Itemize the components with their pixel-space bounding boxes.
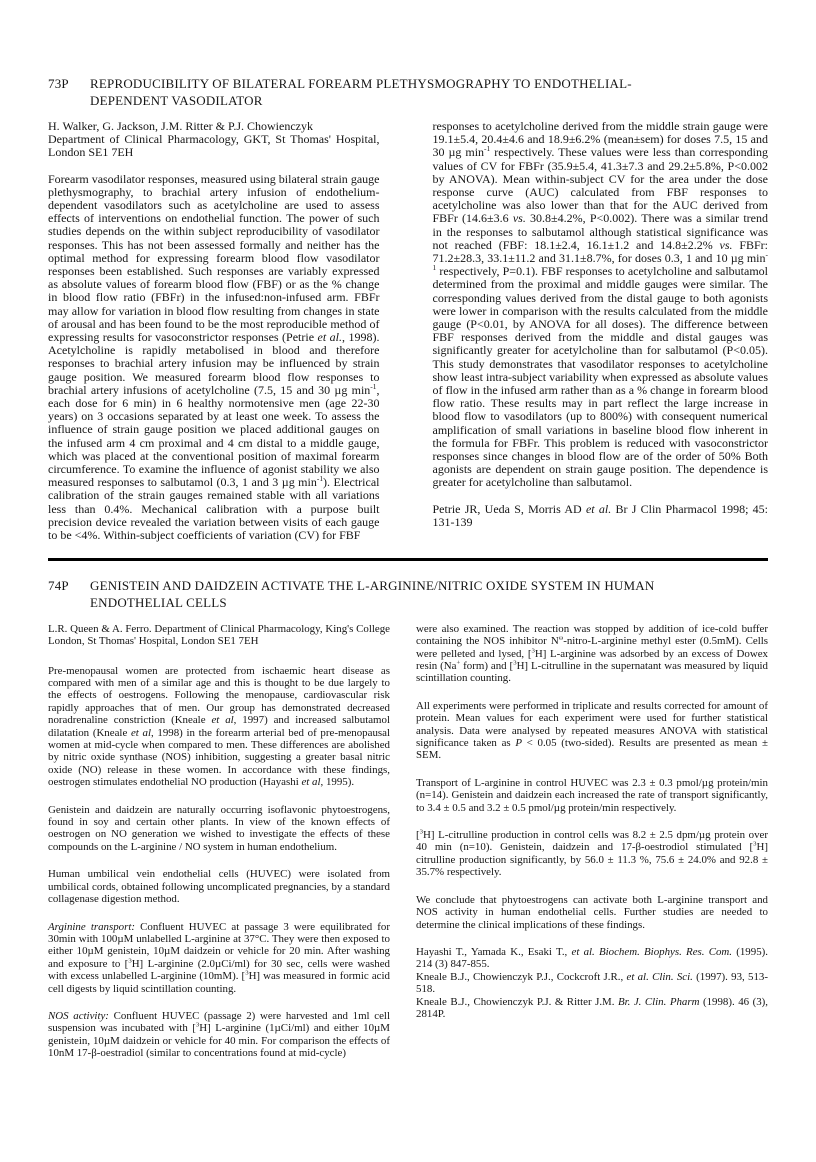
paragraph: were also examined. The reaction was sto… xyxy=(416,623,768,685)
paragraph: Pre-menopausal women are protected from … xyxy=(48,665,390,789)
references: Hayashi T., Yamada K., Esaki T., et al. … xyxy=(416,946,768,1020)
abstract-number: 74P xyxy=(48,577,90,594)
abstract-title: GENISTEIN AND DAIDZEIN ACTIVATE THE L-AR… xyxy=(90,577,738,611)
body-text: responses to acetylcholine derived from … xyxy=(433,120,769,490)
paragraph: Petrie JR, Ueda S, Morris AD et al. Br J… xyxy=(433,503,769,529)
body-text: Pre-menopausal women are protected from … xyxy=(48,665,390,1060)
abstract-73p-header: 73P REPRODUCIBILITY OF BILATERAL FOREARM… xyxy=(48,75,768,109)
body-text: Forearm vasodilator responses, measured … xyxy=(48,173,380,543)
paragraph: [3H] L-citrulline production in control … xyxy=(416,829,768,879)
journal-page: 73P REPRODUCIBILITY OF BILATERAL FOREARM… xyxy=(0,0,816,1162)
paragraph: Arginine transport: Confluent HUVEC at p… xyxy=(48,921,390,995)
abstract-title: REPRODUCIBILITY OF BILATERAL FOREARM PLE… xyxy=(90,75,672,109)
paragraph: Forearm vasodilator responses, measured … xyxy=(48,173,380,543)
section-divider xyxy=(48,558,768,561)
paragraph: responses to acetylcholine derived from … xyxy=(433,120,769,490)
paragraph: Transport of L-arginine in control HUVEC… xyxy=(416,777,768,814)
authors-affiliation: L.R. Queen & A. Ferro. Department of Cli… xyxy=(48,623,390,648)
abstract-74p: 74P GENISTEIN AND DAIDZEIN ACTIVATE THE … xyxy=(48,577,768,1060)
abstract-74p-header: 74P GENISTEIN AND DAIDZEIN ACTIVATE THE … xyxy=(48,577,768,611)
paragraph: NOS activity: Confluent HUVEC (passage 2… xyxy=(48,1010,390,1060)
left-column: L.R. Queen & A. Ferro. Department of Cli… xyxy=(48,623,390,1060)
two-column-body: H. Walker, G. Jackson, J.M. Ritter & P.J… xyxy=(48,120,768,542)
paragraph: We conclude that phytoestrogens can acti… xyxy=(416,894,768,931)
paragraph: All experiments were performed in tripli… xyxy=(416,700,768,762)
body-text: were also examined. The reaction was sto… xyxy=(416,623,768,931)
two-column-body: L.R. Queen & A. Ferro. Department of Cli… xyxy=(48,623,768,1060)
right-column: responses to acetylcholine derived from … xyxy=(433,120,769,542)
paragraph: Hayashi T., Yamada K., Esaki T., et al. … xyxy=(416,946,768,971)
paragraph: Kneale B.J., Chowienczyk P.J. & Ritter J… xyxy=(416,996,768,1021)
paragraph: Genistein and daidzein are naturally occ… xyxy=(48,804,390,854)
right-column: were also examined. The reaction was sto… xyxy=(416,623,768,1060)
abstract-number: 73P xyxy=(48,75,90,92)
references: Petrie JR, Ueda S, Morris AD et al. Br J… xyxy=(433,503,769,529)
left-column: H. Walker, G. Jackson, J.M. Ritter & P.J… xyxy=(48,120,380,542)
paragraph: Kneale B.J., Chowienczyk P.J., Cockcroft… xyxy=(416,971,768,996)
abstract-73p: 73P REPRODUCIBILITY OF BILATERAL FOREARM… xyxy=(48,75,768,542)
affiliation: Department of Clinical Pharmacology, GKT… xyxy=(48,133,380,159)
paragraph: Human umbilical vein endothelial cells (… xyxy=(48,868,390,905)
